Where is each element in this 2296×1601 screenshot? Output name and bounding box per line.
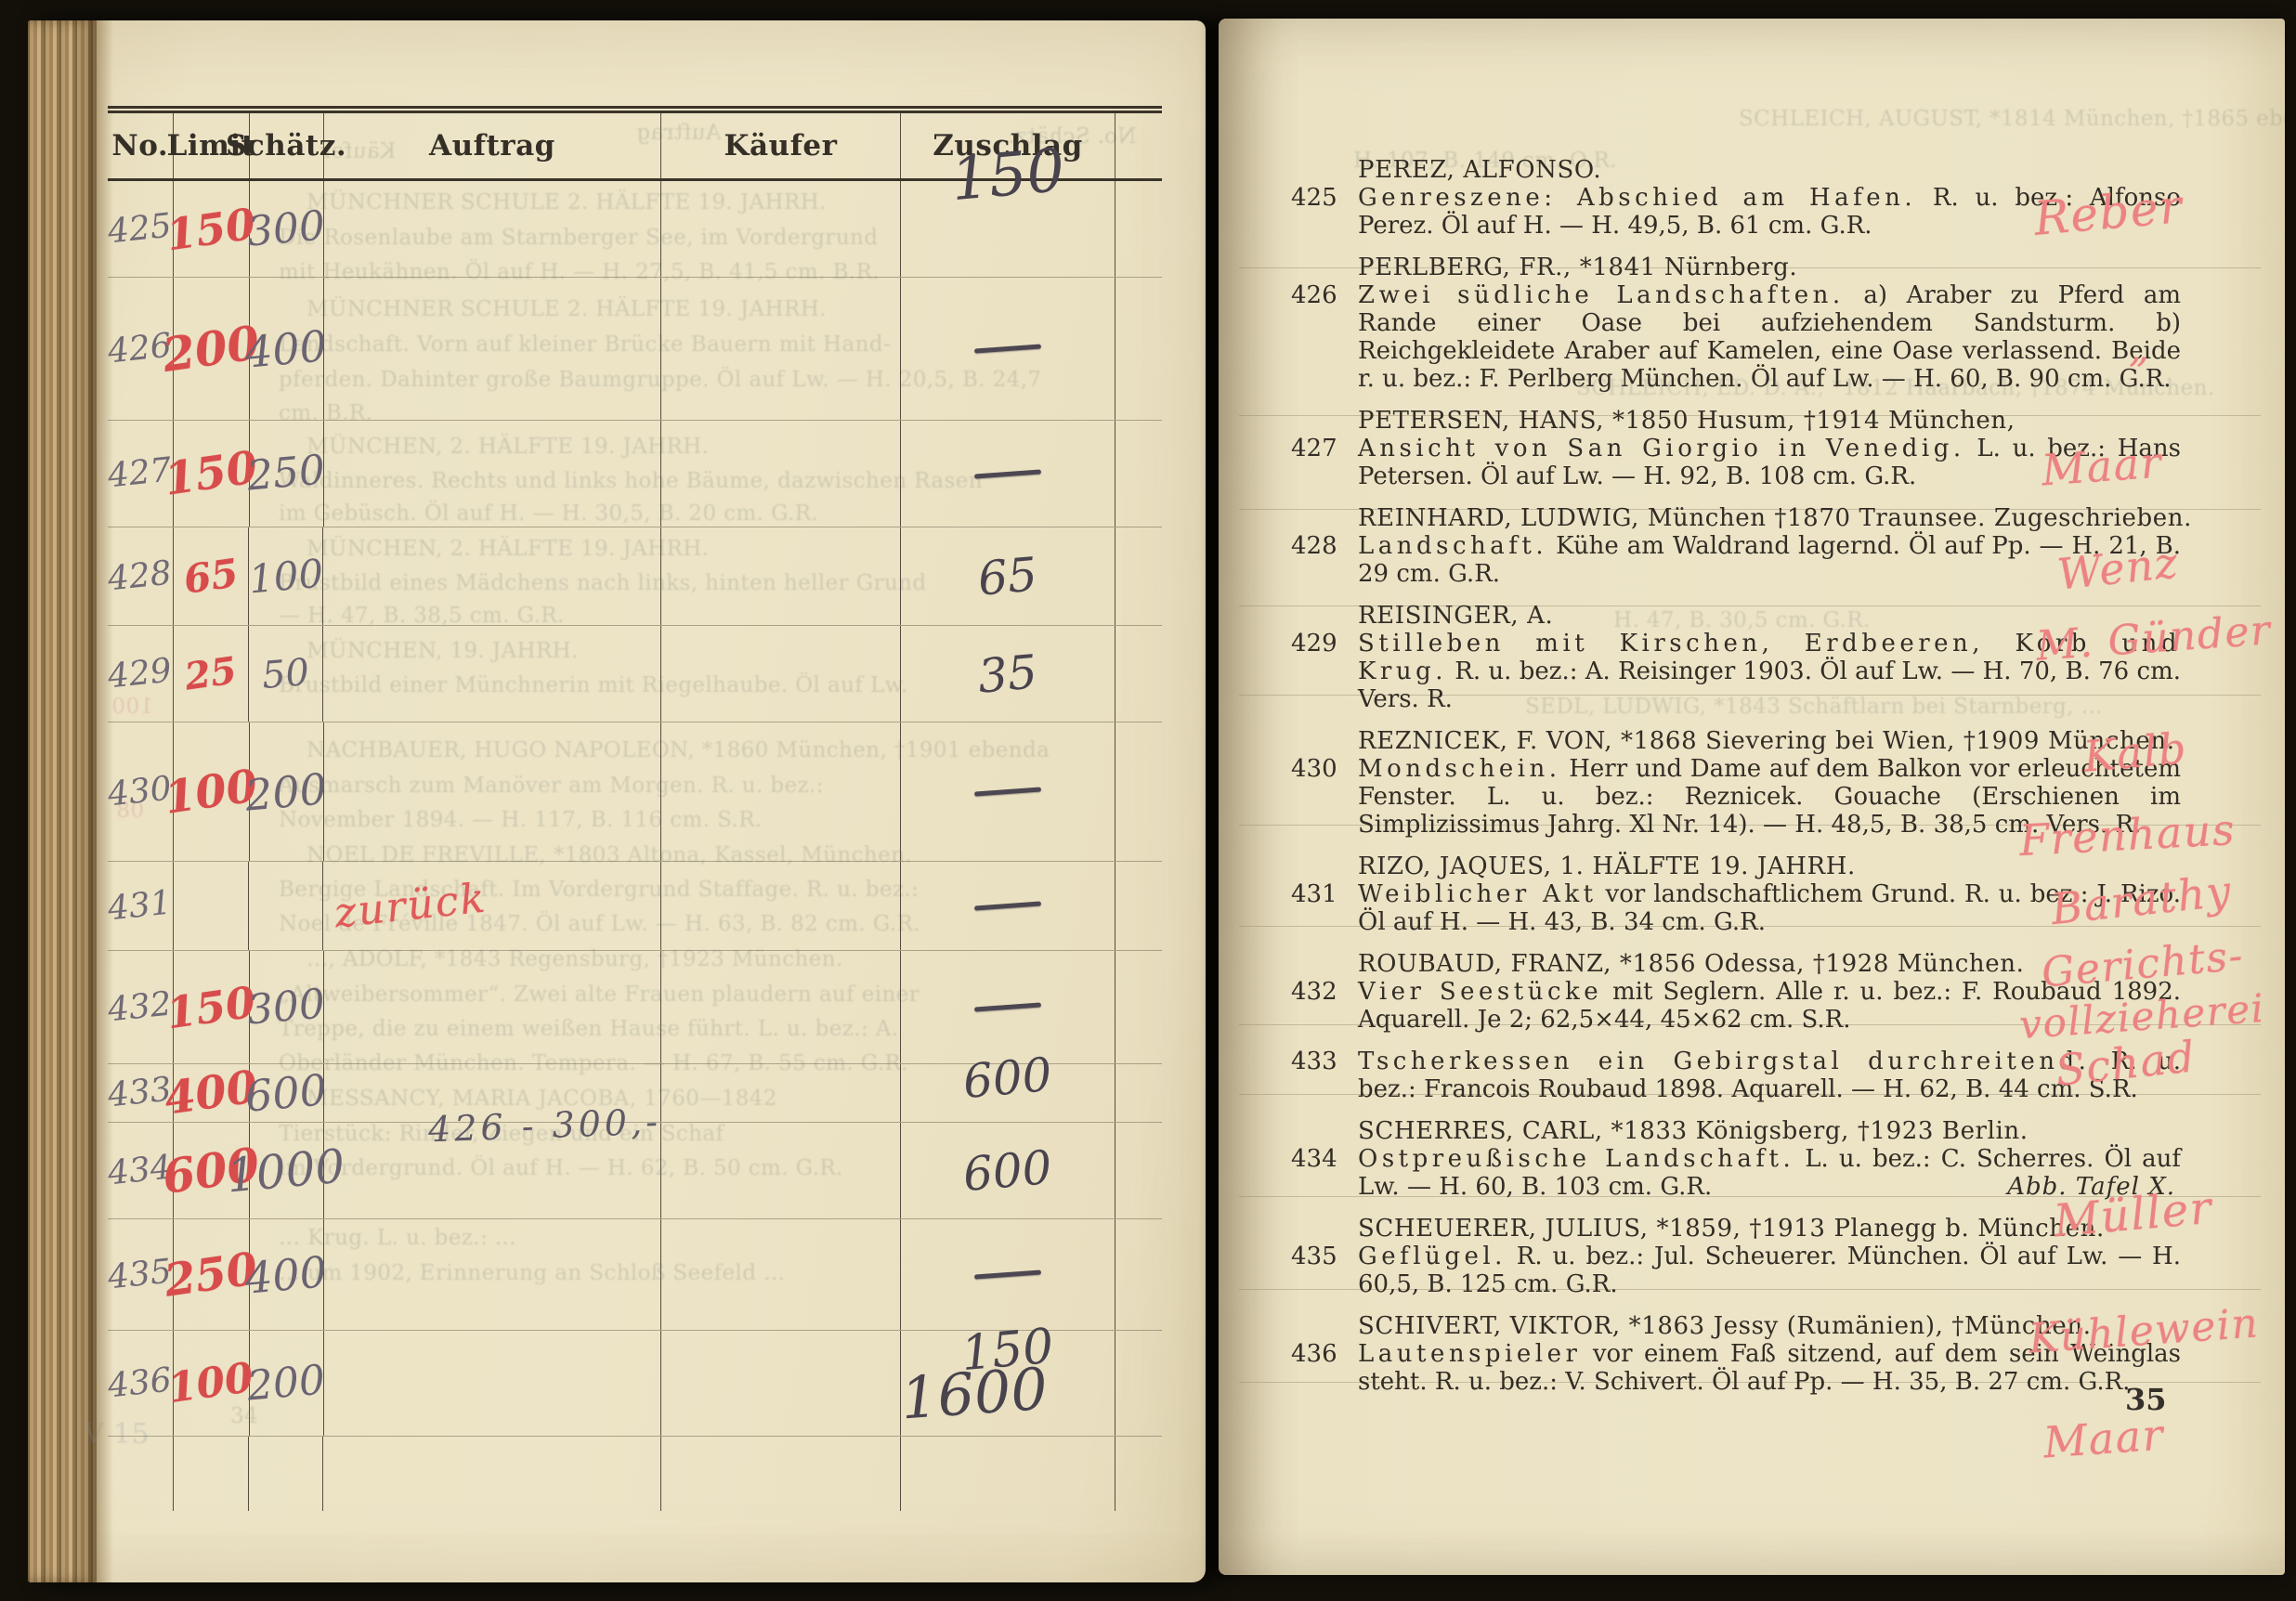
cell-kaeufer [661,951,900,1063]
cell-schaetz: 200 [250,722,324,861]
cell-schaetz: 200 [250,1331,324,1436]
tail-cell [1115,1437,1162,1511]
limit-value: 25 [183,652,240,696]
ledger-row-431: 431zurück [108,862,1162,951]
lot-number: 426 [1291,281,1358,309]
zuschlag-value: 35 [976,648,1039,699]
cell-zuschlag: 600 [901,1123,1116,1218]
lot-number: 435 [1291,1243,1358,1270]
entry-title: Ostpreußische Landschaft. [1358,1145,1794,1173]
header-cell-no: No. [108,113,174,178]
cell-filler [1115,951,1162,1063]
cell-limit: 25 [174,626,250,722]
cell-kaeufer [661,722,900,861]
cell-no: 431 [108,862,174,950]
ledger-row-427: 427150250 [108,421,1162,527]
cell-zuschlag [901,951,1116,1063]
no-value: 429 [107,654,174,694]
cell-auftrag: zurück [323,862,661,950]
cell-filler [1115,1123,1162,1218]
cell-filler [1115,722,1162,861]
margin-annotation: Maar [2042,1410,2165,1468]
ledger-row-425: 425150300150 [108,181,1162,278]
cell-zuschlag: 35 [901,626,1116,722]
cell-zuschlag: 150 [901,181,1116,277]
limit-value: 150 [163,980,257,1035]
photo-of-open-auction-ledger: KäuferAuftragNo. Schätz.MÜNCHNER SCHULE … [0,0,2296,1601]
margin-annotation: Kalb [2081,722,2189,782]
cell-schaetz: 300 [250,181,324,277]
cell-limit: 150 [174,951,250,1063]
ledger-row-434: 4346001000426 - 300,-600 [108,1123,1162,1219]
ledger-table: No.LimitSchätz.AuftragKäuferZuschlag 425… [108,106,1162,1511]
entry-title: Mondschein. [1358,755,1561,783]
cell-kaeufer [661,278,900,420]
cell-no: 428 [108,527,174,625]
tail-cell [323,1437,661,1511]
cell-schaetz: 1000 [250,1123,324,1218]
no-value: 436 [107,1363,174,1403]
cell-schaetz: 300 [250,951,324,1063]
tail-cell [249,1437,323,1511]
no-value: 428 [107,556,174,596]
cell-limit: 100 [174,1331,250,1436]
zuschlag-dash [974,1269,1041,1279]
no-value: 431 [107,886,174,926]
cell-auftrag [323,527,661,625]
limit-value: 150 [163,202,257,256]
cell-no: 429 [108,626,174,722]
artist-line: SCHERRES, CARL, *1833 Königsberg, †1923 … [1291,1117,2181,1145]
lot-number: 428 [1291,532,1358,560]
catalog-entry-433: 433Tscherkessen ein Gebirgstal durchreit… [1291,1048,2181,1103]
lot-number: 430 [1291,755,1358,783]
auftrag-note-red: zurück [333,878,489,934]
ghost-text: SCHLEICH, AUGUST, *1814 München, †1865 e… [1739,107,2285,131]
entry-paragraph: 434Ostpreußische Landschaft. L. u. bez.:… [1291,1145,2181,1201]
cell-kaeufer [661,626,901,722]
schaetz-value: 400 [243,324,328,373]
artist-line: SCHEUERER, JULIUS, *1859, †1913 Planegg … [1291,1215,2181,1243]
tail-cell [108,1437,174,1511]
cell-kaeufer [661,1331,900,1436]
artist-line: PERLBERG, FR., *1841 Nürnberg. [1291,254,2181,281]
limit-value: 65 [181,553,241,600]
cell-schaetz: 50 [249,626,323,722]
cell-auftrag [324,278,662,420]
cell-limit: 250 [174,1219,250,1330]
zuschlag-dash [974,901,1041,910]
cell-schaetz: 400 [250,278,324,420]
cell-zuschlag: 600 [901,1064,1116,1122]
entry-paragraph: 435Geflügel. R. u. bez.: Jul. Scheuerer.… [1291,1243,2181,1298]
margin-annotation: Maar [2040,437,2163,496]
catalog-entry-434: SCHERRES, CARL, *1833 Königsberg, †1923 … [1291,1117,2181,1201]
cell-zuschlag [901,1219,1116,1330]
schaetz-value: 100 [247,553,325,599]
entry-paragraph: 433Tscherkessen ein Gebirgstal durchreit… [1291,1048,2181,1103]
entry-title: Vier Seestücke [1358,978,1602,1006]
entry-title: Genreszene: Abschied am Hafen. [1358,184,1916,212]
cell-zuschlag [901,862,1116,950]
cell-auftrag [324,181,662,277]
cell-filler [1115,527,1162,625]
lot-number: 429 [1291,630,1358,657]
tail-cell [174,1437,250,1511]
zuschlag-value: 600 [961,1143,1053,1197]
lot-number: 425 [1291,184,1358,212]
cell-filler [1115,1331,1162,1436]
cell-no: 432 [108,951,174,1063]
cell-kaeufer [661,421,900,527]
catalog-entries: PEREZ, ALFONSO.425Genreszene: Abschied a… [1291,156,2181,1396]
cell-auftrag [324,1219,662,1330]
entry-title: Lautenspieler [1358,1340,1581,1368]
cell-no: 436 [108,1331,174,1436]
catalog-entry-431: RIZO, JAQUES, 1. HÄLFTE 19. JAHRH.431Wei… [1291,853,2181,936]
cell-filler [1115,278,1162,420]
cell-kaeufer [661,862,901,950]
entry-title: Ansicht von San Giorgio in Venedig. [1358,435,1965,462]
lot-number: 433 [1291,1048,1358,1075]
entry-paragraph: 431Weiblicher Akt vor landschaftlichem G… [1291,880,2181,936]
artist-line: REINHARD, LUDWIG, München †1870 Traunsee… [1291,504,2181,532]
limit-value: 100 [166,1357,256,1409]
page-number: 35 [2125,1382,2167,1417]
cell-schaetz: 100 [249,527,323,625]
ledger-body: 4251503001504262004004271502504286510065… [108,181,1162,1437]
entry-paragraph: 426Zwei südliche Landschaften. a) Araber… [1291,281,2181,393]
schaetz-value: 50 [260,653,310,694]
entry-title: Weiblicher Akt [1358,880,1598,908]
cell-filler [1115,1219,1162,1330]
cell-filler [1115,181,1162,277]
cell-schaetz: 600 [250,1064,324,1122]
header-cell-auftrag: Auftrag [324,113,662,178]
header-filler [1115,113,1162,178]
schaetz-value: 250 [245,449,326,497]
entry-title: Zwei südliche Landschaften. [1358,281,1845,309]
entry-paragraph: 428Landschaft. Kühe am Waldrand lagernd.… [1291,532,2181,588]
schaetz-value: 600 [243,1068,328,1117]
margin-annotation: „ [2129,325,2150,371]
cell-kaeufer [661,181,900,277]
margin-annotation: Frenhaus [2018,804,2237,866]
cell-auftrag [324,951,662,1063]
ledger-row-430: 430100200 [108,722,1162,862]
catalog-entry-435: SCHEUERER, JULIUS, *1859, †1913 Planegg … [1291,1215,2181,1298]
lot-number: 432 [1291,978,1358,1006]
ledger-row-429: 429255035 [108,626,1162,722]
ledger-row-435: 435250400 [108,1219,1162,1331]
cell-kaeufer [661,1064,900,1122]
cell-filler [1115,626,1162,722]
schaetz-value: 300 [245,983,326,1031]
header-cell-kufer: Käufer [661,113,900,178]
cell-kaeufer [661,1123,900,1218]
zuschlag-dash [974,469,1041,478]
cell-auftrag [324,1331,662,1436]
zuschlag-dash [974,344,1041,353]
header-cell-schtz: Schätz. [250,113,324,178]
cell-limit: 150 [174,181,250,277]
cell-limit: 150 [174,421,250,527]
cell-zuschlag [901,278,1116,420]
cell-filler [1115,862,1162,950]
ledger-row-432: 432150300 [108,951,1162,1064]
cell-auftrag [324,722,662,861]
cell-no: 425 [108,181,174,277]
ledger-tail-rules [108,1437,1162,1511]
cell-filler [1115,1064,1162,1122]
cell-auftrag [324,421,662,527]
cell-zuschlag [901,722,1116,861]
lot-number: 434 [1291,1145,1358,1173]
zuschlag-value: 600 [961,1051,1053,1105]
lot-number: 431 [1291,880,1358,908]
schaetz-value: 400 [243,1250,328,1299]
cell-schaetz [249,862,323,950]
cell-kaeufer [661,527,901,625]
ledger-row-426: 426200400 [108,278,1162,421]
catalog-page: SCHLEICH, AUGUST, *1814 München, †1865 e… [1219,19,2285,1575]
cell-limit [174,862,250,950]
artist-line: REZNICEK, F. VON, *1868 Sievering bei Wi… [1291,727,2181,755]
tail-cell [901,1437,1116,1511]
artist-line: PEREZ, ALFONSO. [1291,156,2181,184]
cell-limit: 65 [174,527,250,625]
zuschlag-dash [974,787,1041,796]
auftrag-note-pencil: 426 - 300,- [427,1104,661,1148]
entry-title: Tscherkessen ein Gebirgstal durchreitend… [1358,1048,2090,1075]
cell-zuschlag [901,421,1116,527]
cell-kaeufer [661,1219,900,1330]
cell-schaetz: 400 [250,1219,324,1330]
ledger-row-428: 4286510065 [108,527,1162,626]
schaetz-value: 300 [245,205,326,253]
artist-line: PETERSEN, HANS, *1850 Husum, †1914 Münch… [1291,407,2181,435]
cell-filler [1115,421,1162,527]
cell-schaetz: 250 [250,421,324,527]
ledger-page: KäuferAuftragNo. Schätz.MÜNCHNER SCHULE … [28,20,1206,1582]
zuschlag-value: 65 [976,551,1039,602]
cell-auftrag [323,626,661,722]
tail-cell [661,1437,901,1511]
cell-auftrag: 426 - 300,- [324,1123,662,1218]
cell-limit: 400 [174,1064,250,1122]
schaetz-value: 200 [245,1360,326,1407]
cell-zuschlag: 65 [901,527,1116,625]
lot-number: 436 [1291,1340,1358,1368]
zuschlag-dash [974,1002,1041,1011]
schaetz-value: 200 [243,767,328,816]
entry-title: Landschaft. [1358,532,1547,560]
catalog-entry-428: REINHARD, LUDWIG, München †1870 Traunsee… [1291,504,2181,588]
zuschlag-sum: 1600 [899,1360,1050,1428]
zuschlag-value: 150 [948,140,1066,209]
entry-title: Geflügel. [1358,1243,1507,1270]
page-stack-edge [28,20,97,1582]
catalog-entry-426: PERLBERG, FR., *1841 Nürnberg.426Zwei sü… [1291,254,2181,393]
lot-number: 427 [1291,435,1358,462]
cell-limit: 200 [174,278,250,420]
cell-limit: 100 [174,722,250,861]
